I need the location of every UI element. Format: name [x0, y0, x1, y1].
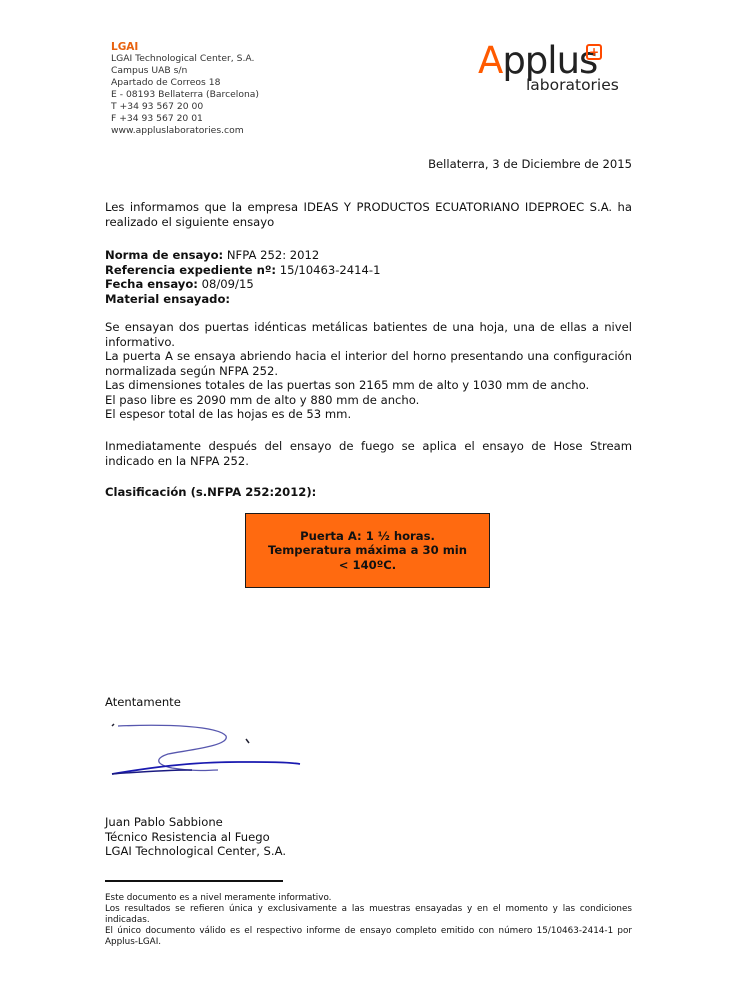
signatory-name: Juan Pablo Sabbione [105, 815, 286, 830]
address-line: Campus UAB s/n [111, 65, 259, 77]
description-block: Se ensayan dos puertas idénticas metálic… [105, 320, 632, 422]
phone-line: T +34 93 567 20 00 [111, 101, 259, 113]
address-line: Apartado de Correos 18 [111, 77, 259, 89]
field-standard: Norma de ensayo: NFPA 252: 2012 [105, 248, 632, 263]
classification-line: Temperatura máxima a 30 min [268, 543, 467, 558]
website-line: www.appluslaboratories.com [111, 125, 259, 137]
address-line: LGAI Technological Center, S.A. [111, 53, 259, 65]
test-details: Norma de ensayo: NFPA 252: 2012 Referenc… [105, 248, 632, 306]
signature-image [108, 720, 308, 780]
classification-line: < 140ºC. [268, 558, 467, 573]
classification-line: Puerta A: 1 ½ horas. [268, 529, 467, 544]
closing-salutation: Atentamente [105, 695, 181, 710]
signatory-title: Técnico Resistencia al Fuego [105, 830, 286, 845]
description-line: La puerta A se ensaya abriendo hacia el … [105, 349, 632, 378]
sender-brand: LGAI [111, 41, 259, 53]
letter-date: Bellaterra, 3 de Diciembre de 2015 [428, 157, 632, 172]
signatory-block: Juan Pablo Sabbione Técnico Resistencia … [105, 815, 286, 859]
description-line: Las dimensiones totales de las puertas s… [105, 378, 632, 393]
sender-address-block: LGAI LGAI Technological Center, S.A. Cam… [111, 41, 259, 137]
description-line: El paso libre es 2090 mm de alto y 880 m… [105, 393, 632, 408]
field-date: Fecha ensayo: 08/09/15 [105, 277, 632, 292]
footnotes: Este documento es a nivel meramente info… [105, 893, 632, 948]
plus-icon: + [586, 44, 602, 60]
footnote-line: El único documento válido es el respecti… [105, 926, 632, 948]
intro-paragraph: Les informamos que la empresa IDEAS Y PR… [105, 200, 632, 229]
hose-stream-paragraph: Inmediatamente después del ensayo de fue… [105, 439, 632, 468]
description-line: El espesor total de las hojas es de 53 m… [105, 407, 632, 422]
logo-subtitle: laboratories [526, 77, 619, 93]
fax-line: F +34 93 567 20 01 [111, 113, 259, 125]
footnote-line: Este documento es a nivel meramente info… [105, 893, 632, 904]
address-line: E - 08193 Bellaterra (Barcelona) [111, 89, 259, 101]
logo-wordmark: Applus [478, 42, 597, 80]
footnote-line: Los resultados se refieren única y exclu… [105, 904, 632, 926]
classification-box: Puerta A: 1 ½ horas. Temperatura máxima … [245, 513, 490, 588]
field-reference: Referencia expediente nº: 15/10463-2414-… [105, 263, 632, 278]
field-material: Material ensayado: [105, 292, 632, 307]
signatory-company: LGAI Technological Center, S.A. [105, 844, 286, 859]
description-line: Se ensayan dos puertas idénticas metálic… [105, 320, 632, 349]
classification-heading: Clasificación (s.NFPA 252:2012): [105, 485, 632, 500]
applus-logo: Applus + laboratories [472, 38, 642, 98]
footnote-divider [105, 880, 283, 882]
